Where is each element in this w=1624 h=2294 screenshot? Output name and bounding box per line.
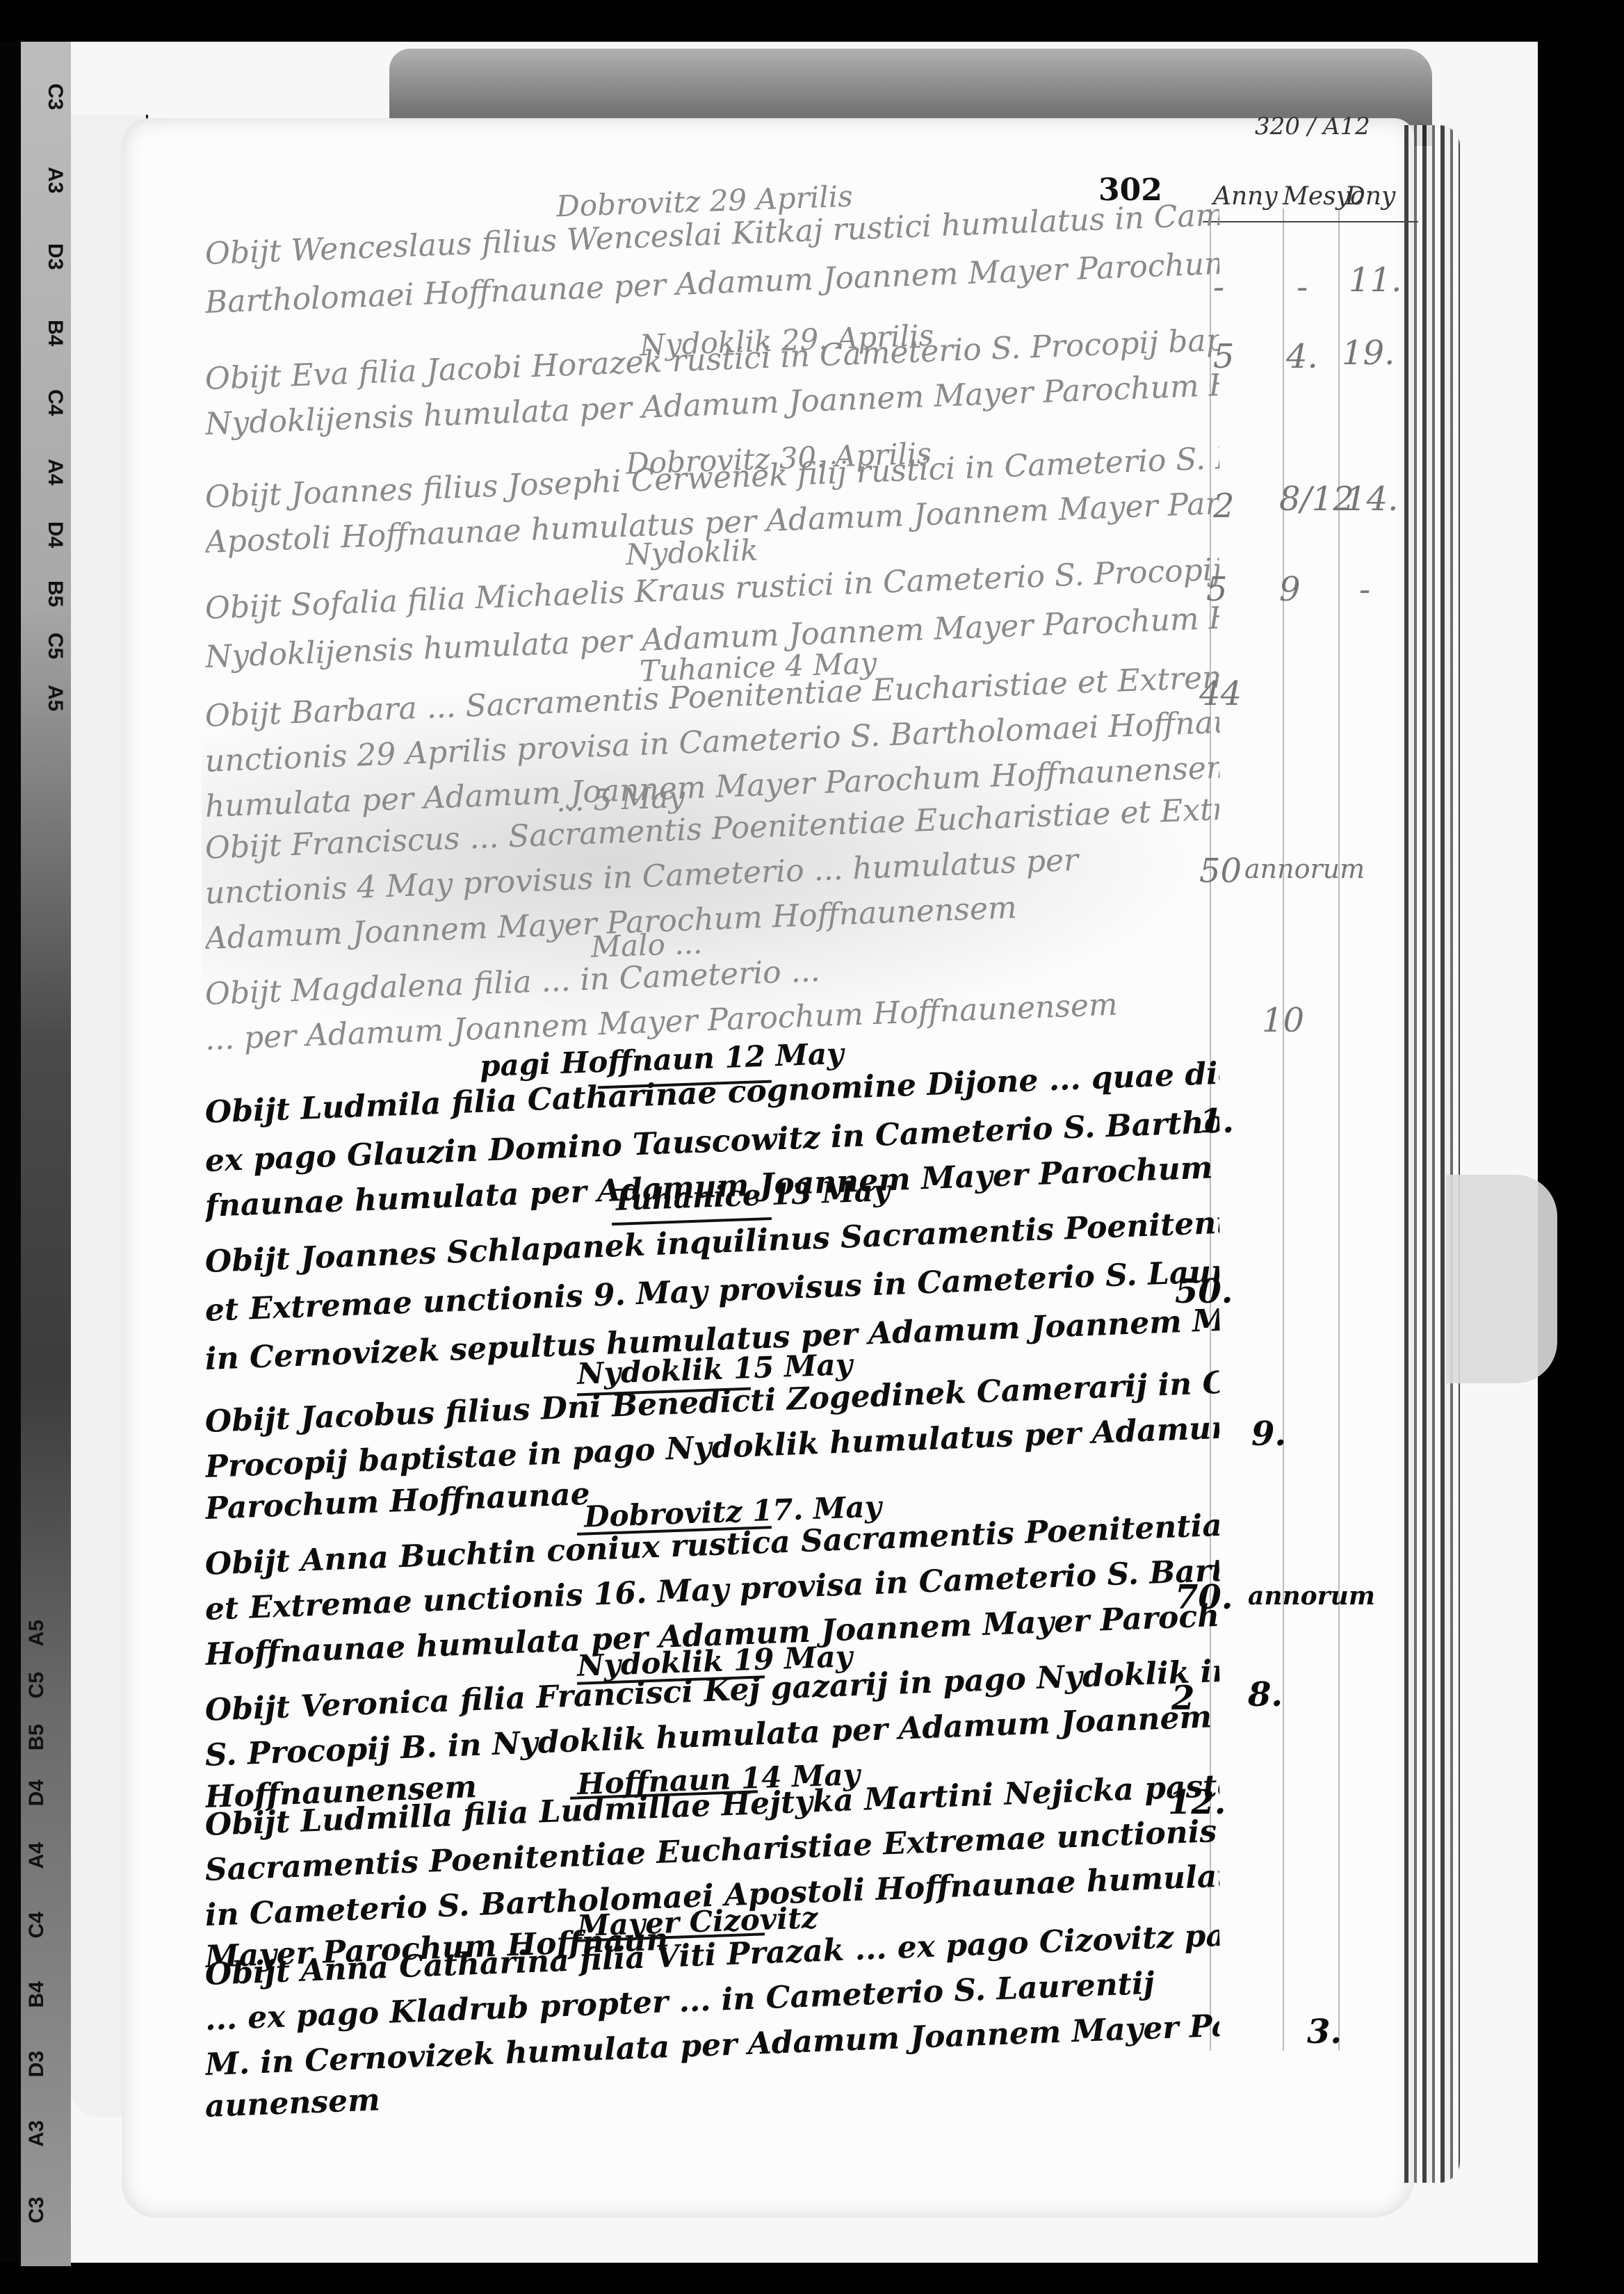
- frame-code: C5: [25, 633, 67, 659]
- age-years: 5: [1206, 570, 1228, 609]
- age-months: 8/12: [1279, 480, 1354, 519]
- frame-code: C3: [25, 83, 67, 110]
- age-months: -: [1297, 268, 1308, 307]
- frame-code: C4: [25, 389, 67, 416]
- age-years: 10: [1262, 1001, 1304, 1040]
- column-header-rule: [1203, 221, 1418, 222]
- paper-bookmark: [1446, 1175, 1557, 1383]
- frame-code: B4: [25, 320, 67, 346]
- age-years: 1.: [1199, 1102, 1234, 1141]
- frame-code: A4: [25, 459, 67, 485]
- age-months: 8.: [1248, 1675, 1283, 1714]
- film-border-right: [1538, 42, 1624, 2263]
- frame-code: C3: [25, 2197, 67, 2223]
- frame-code: C5: [25, 1672, 67, 1698]
- age-months: 4.: [1286, 337, 1318, 376]
- frame-code: D3: [25, 243, 67, 270]
- age-months: 9.: [1251, 1415, 1286, 1454]
- age-unit: annorum: [1248, 1581, 1375, 1611]
- frame-code: C4: [25, 1912, 67, 1938]
- column-header-years: Anny: [1213, 182, 1278, 211]
- age-years: 44: [1199, 674, 1242, 713]
- age-days: 3.: [1307, 2012, 1342, 2051]
- frame-code: A5: [25, 685, 67, 711]
- entry-location: Nydoklik: [625, 533, 758, 572]
- age-years: 2: [1213, 487, 1235, 526]
- frame-code: A3: [25, 167, 67, 193]
- book-page-edges: [1404, 125, 1460, 2183]
- age-days: -: [1359, 570, 1370, 609]
- frame-code: A3: [25, 2120, 67, 2147]
- frame-code: D4: [25, 1780, 67, 1806]
- column-header-days: Dny: [1345, 182, 1395, 211]
- frame-code: A5: [25, 1620, 67, 1646]
- frame-code: D3: [25, 2051, 67, 2077]
- frame-code: B4: [25, 1981, 67, 2008]
- age-days: 14.: [1345, 480, 1398, 519]
- age-unit: annorum: [1244, 854, 1365, 884]
- frame-code: B5: [25, 1724, 67, 1750]
- age-years: 2: [1171, 1679, 1194, 1718]
- archive-folio-mark: 320 / A12: [1255, 113, 1370, 140]
- age-years: 5: [1213, 337, 1235, 376]
- age-years: -: [1213, 268, 1224, 307]
- film-border-top: [0, 0, 1624, 42]
- age-days: 11.: [1349, 261, 1402, 300]
- age-years: 12.: [1168, 1783, 1226, 1822]
- microfilm-scan: C3 A3 D3 B4 C4 A4 D4 B5 C5 A5 A5 C5 B5 D…: [0, 0, 1624, 2294]
- age-years: 50.: [1175, 1272, 1233, 1311]
- age-months: 9: [1279, 570, 1301, 609]
- film-border-bottom: [0, 2263, 1624, 2294]
- film-frame-code-strip: C3 A3 D3 B4 C4 A4 D4 B5 C5 A5 A5 C5 B5 D…: [21, 42, 71, 2266]
- frame-code: B5: [25, 580, 67, 607]
- age-years: 50: [1199, 852, 1242, 890]
- age-years: 70.: [1175, 1578, 1233, 1617]
- frame-code: A4: [25, 1842, 67, 1869]
- frame-code: D4: [25, 521, 67, 548]
- age-days: 19.: [1342, 334, 1395, 373]
